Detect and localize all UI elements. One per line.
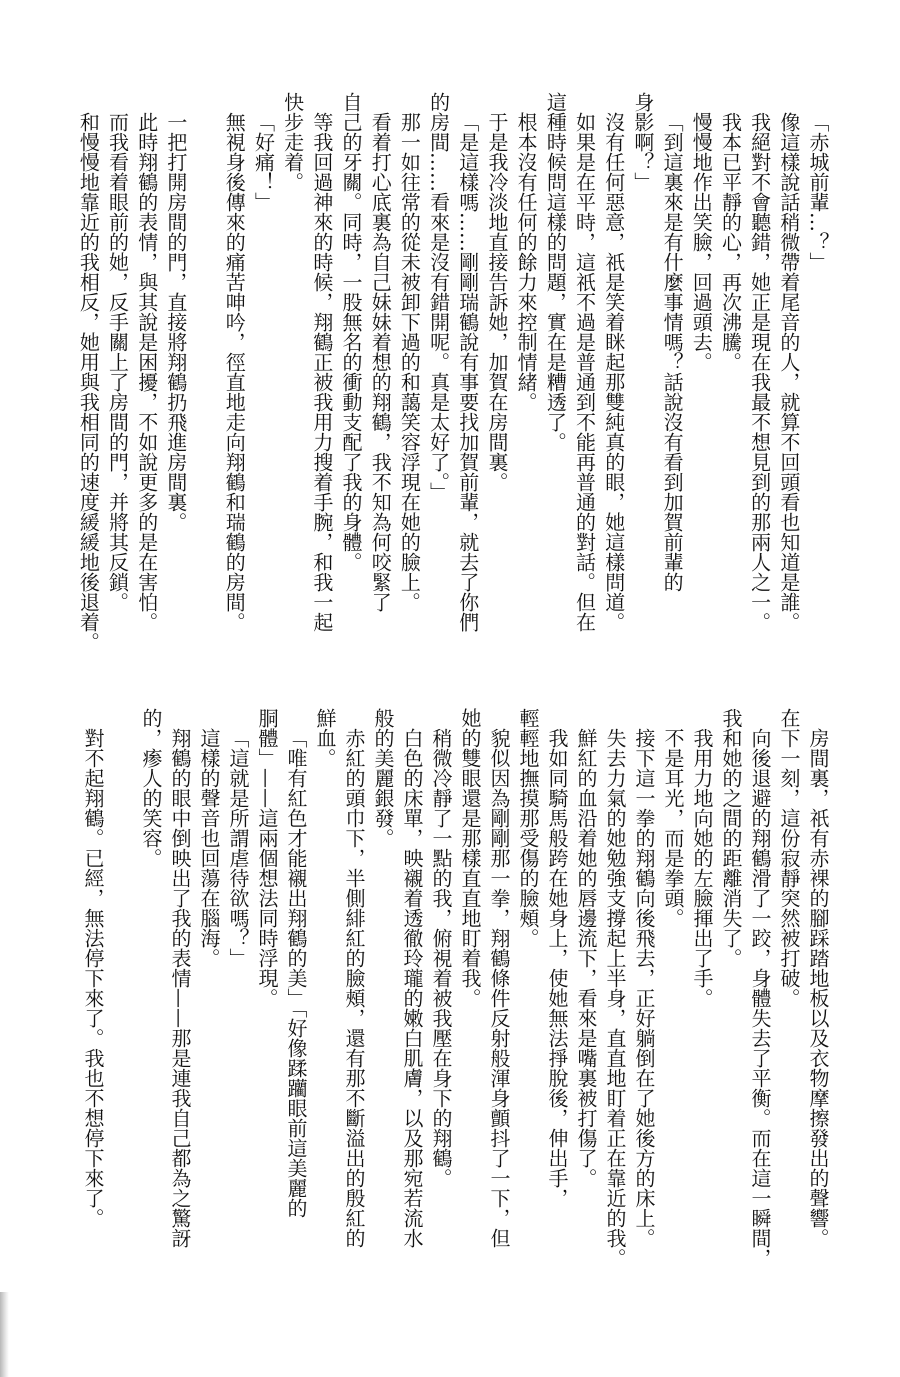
text-column: 這種時候問這樣的問題，實在是糟透了。 — [540, 92, 569, 692]
text-column: 向後退避的翔鶴滑了一跤，身體失去了平衡。而在這一瞬間， — [745, 708, 774, 1308]
text-column: 胴體」——這兩個想法同時浮現。 — [252, 708, 281, 1308]
text-column: 「是這樣嗎……剛剛瑞鶴說有事要找加賀前輩，就去了你們 — [453, 92, 482, 692]
lower-text-block: 房間裏，祇有赤裸的腳踩踏地板以及衣物摩擦發出的聲響。 在下一刻，這份寂靜突然被打… — [78, 708, 832, 1308]
text-column: 我和她的之間的距離消失了。 — [716, 708, 745, 1308]
text-column: 沒有任何惡意，祇是笑着眯起那雙純真的眼，她這樣問道。 — [599, 92, 628, 692]
text-column: 在下一刻，這份寂靜突然被打破。 — [774, 708, 803, 1308]
text-column: 般的美麗銀發。 — [368, 708, 397, 1308]
text-column: 對不起翔鶴。已經，無法停下來了。我也不想停下來了。 — [78, 708, 107, 1308]
text-column: 白色的床單，映襯着透徹玲瓏的嫩白肌膚，以及那宛若流水 — [397, 708, 426, 1308]
text-column: 的房間……看來是沒有錯開呢。真是太好了。」 — [423, 92, 452, 692]
text-column: 慢慢地作出笑臉，回過頭去。 — [686, 92, 715, 692]
text-column: 翔鶴的眼中倒映出了我的表情——那是連我自己都為之驚訝 — [165, 708, 194, 1308]
text-column: 「這就是所謂虐待欲嗎？」 — [223, 708, 252, 1308]
text-column: 像這樣說話稍微帶着尾音的人，就算不回頭看也知道是誰。 — [774, 92, 803, 692]
text-column: 的，瘆人的笑容。 — [136, 708, 165, 1308]
text-column: 我用力地向她的左臉揮出了手。 — [687, 708, 716, 1308]
text-column: 等我回過神來的時候，翔鶴正被我用力搜着手腕，和我一起 — [307, 92, 336, 692]
text-column: 自己的牙關。同時，一股無名的衝動支配了我的身體。 — [336, 92, 365, 692]
text-column: 無視身後傳來的痛苦呻吟，徑直地走向翔鶴和瑞鶴的房間。 — [219, 92, 248, 692]
upper-text-block: 「赤城前輩…？」 像這樣說話稍微帶着尾音的人，就算不回頭看也知道是誰。 我絕對不… — [73, 92, 832, 692]
text-column: 一把打開房間的門，直接將翔鶴扔飛進房間裏。 — [161, 92, 190, 692]
text-column: 和慢慢地靠近的我相反，她用與我相同的速度緩緩地後退着。 — [73, 92, 102, 692]
text-column: 鮮血。 — [310, 708, 339, 1308]
text-column: 根本沒有任何的餘力來控制情緒。 — [511, 92, 540, 692]
text-column: 不是耳光，而是拳頭。 — [658, 708, 687, 1308]
text-column: 這樣的聲音也回蕩在腦海。 — [194, 708, 223, 1308]
text-column: 看着打心底裏為自己妹妹着想的翔鶴，我不知為何咬緊了 — [365, 92, 394, 692]
text-column: 接下這一拳的翔鶴向後飛去，正好躺倒在了她後方的床上。 — [629, 708, 658, 1308]
text-column: 「赤城前輩…？」 — [803, 92, 832, 692]
blank-column — [190, 92, 219, 692]
text-column: 鮮紅的血沿着她的唇邊流下，看來是嘴裏被打傷了。 — [571, 708, 600, 1308]
text-column: 如果是在平時，這祇不過是普通到不能再普通的對話。但在 — [569, 92, 598, 692]
text-column: 我本已平靜的心，再次沸騰。 — [715, 92, 744, 692]
scan-edge-shadow — [0, 1292, 9, 1377]
text-column: 身影啊？」 — [628, 92, 657, 692]
text-column: 貌似因為剛剛那一拳，翔鶴條件反射般渾身顫抖了一下，但 — [484, 708, 513, 1308]
text-column: 「到這裏來是有什麼事情嗎？話說沒有看到加賀前輩的 — [657, 92, 686, 692]
text-column: 于是我冷淡地直接告訴她，加賀在房間裏。 — [482, 92, 511, 692]
text-column: 我絕對不會聽錯，她正是現在我最不想見到的那兩人之一。 — [744, 92, 773, 692]
text-column: 她的雙眼還是那樣直直地盯着我。 — [455, 708, 484, 1308]
text-column: 快步走着。 — [277, 92, 306, 692]
blank-column — [107, 708, 136, 1308]
text-column: 稍微冷靜了一點的我，俯視着被我壓在身下的翔鶴。 — [426, 708, 455, 1308]
text-column: 失去力氣的她勉強支撐起上半身，直直地盯着正在靠近的我。 — [600, 708, 629, 1308]
text-column: 那一如往常的從未被卸下過的和藹笑容浮現在她的臉上。 — [394, 92, 423, 692]
text-column: 輕輕地撫摸那受傷的臉頰。 — [513, 708, 542, 1308]
text-column: 此時翔鶴的表情，與其說是困擾，不如說更多的是在害怕。 — [132, 92, 161, 692]
text-column: 赤紅的頭巾下，半側緋紅的臉頰，還有那不斷溢出的殷紅的 — [339, 708, 368, 1308]
text-column: 我如同騎馬般跨在她身上，使她無法掙脫後，伸出手， — [542, 708, 571, 1308]
text-column: 房間裏，祇有赤裸的腳踩踏地板以及衣物摩擦發出的聲響。 — [803, 708, 832, 1308]
text-column: 「唯有紅色才能襯出翔鶴的美」「好像蹂躪眼前這美麗的 — [281, 708, 310, 1308]
text-column: 「好痛！」 — [248, 92, 277, 692]
text-column: 而我看着眼前的她，反手關上了房間的門，并將其反鎖。 — [102, 92, 131, 692]
